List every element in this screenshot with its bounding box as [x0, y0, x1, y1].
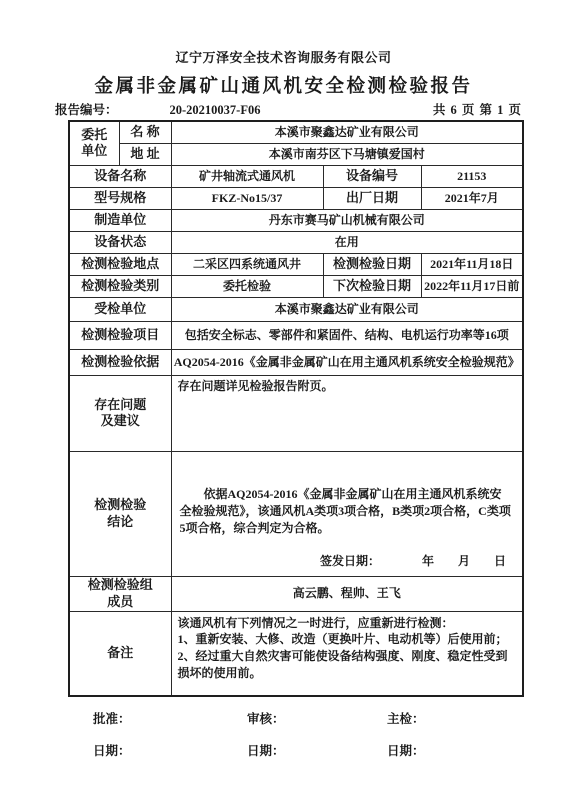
team-label: 检测检验组 成员: [69, 576, 171, 611]
table-row: 委托 单位 名 称 本溪市聚鑫达矿业有限公司: [69, 121, 523, 143]
inspect-date-label: 检测检验日期: [323, 253, 421, 275]
chief-date-label: 日期：: [387, 741, 567, 759]
table-row: 地 址 本溪市南芬区下马塘镇爱国村: [69, 143, 523, 165]
report-page: 辽宁万泽安全技术咨询服务有限公司 金属非金属矿山通风机安全检测检验报告 报告编号…: [0, 0, 567, 802]
table-row: 设备名称 矿井轴流式通风机 设备编号 21153: [69, 165, 523, 187]
inspected-unit-label: 受检单位: [69, 297, 171, 321]
status-value: 在用: [171, 231, 523, 253]
factory-date-label: 出厂日期: [323, 187, 421, 209]
team-value: 高云鹏、程帅、王飞: [171, 576, 523, 611]
inspection-form-table: 委托 单位 名 称 本溪市聚鑫达矿业有限公司 地 址 本溪市南芬区下马塘镇爱国村…: [68, 120, 524, 697]
client-unit-label: 委托 单位: [69, 121, 119, 165]
model-label: 型号规格: [69, 187, 171, 209]
items-value: 包括安全标志、零部件和紧固件、结构、电机运行功率等16项: [171, 321, 523, 349]
table-row: 型号规格 FKZ-No15/37 出厂日期 2021年7月: [69, 187, 523, 209]
table-row: 检测检验类别 委托检验 下次检验日期 2022年11月17日前: [69, 275, 523, 297]
review-date-label: 日期：: [247, 741, 387, 759]
problems-value: 存在问题详见检验报告附页。: [171, 375, 523, 451]
page-count: 共 6 页 第 1 页: [433, 100, 522, 118]
review-label: 审核：: [247, 709, 387, 727]
basis-label: 检测检验依据: [69, 349, 171, 375]
conclusion-cell: 依据AQ2054-2016《金属非金属矿山在用主通风机系统安全检验规范》，该通风…: [171, 451, 523, 576]
table-row: 检测检验项目 包括安全标志、零部件和紧固件、结构、电机运行功率等16项: [69, 321, 523, 349]
approve-label: 批准：: [93, 709, 247, 727]
table-row: 检测检验依据 AQ2054-2016《金属非金属矿山在用主通风机系统安全检验规范…: [69, 349, 523, 375]
date-row: 日期： 日期： 日期：: [93, 741, 567, 759]
inspect-date-value: 2021年11月18日: [421, 253, 523, 275]
table-row: 备注 该通风机有下列情况之一时进行，应重新进行检测： 1、重新安装、大修、改造（…: [69, 611, 523, 696]
inspected-unit-value: 本溪市聚鑫达矿业有限公司: [171, 297, 523, 321]
conclusion-text: 依据AQ2054-2016《金属非金属矿山在用主通风机系统安全检验规范》，该通风…: [172, 486, 523, 538]
client-name-label: 名 称: [119, 121, 171, 143]
signature-footer: 批准： 审核： 主检： 日期： 日期： 日期：: [93, 709, 567, 759]
manufacturer-value: 丹东市赛马矿山机械有限公司: [171, 209, 523, 231]
client-addr-value: 本溪市南芬区下马塘镇爱国村: [171, 143, 523, 165]
next-date-value: 2022年11月17日前: [421, 275, 523, 297]
device-no-label: 设备编号: [323, 165, 421, 187]
device-name-label: 设备名称: [69, 165, 171, 187]
table-row: 检测检验组 成员 高云鹏、程帅、王飞: [69, 576, 523, 611]
problems-label: 存在问题 及建议: [69, 375, 171, 451]
chief-label: 主检：: [387, 709, 567, 727]
model-value: FKZ-No15/37: [171, 187, 323, 209]
table-row: 检测检验地点 二采区四系统通风井 检测检验日期 2021年11月18日: [69, 253, 523, 275]
category-value: 委托检验: [171, 275, 323, 297]
items-label: 检测检验项目: [69, 321, 171, 349]
signer-row: 批准： 审核： 主检：: [93, 709, 567, 727]
page-title: 金属非金属矿山通风机安全检测检验报告: [0, 72, 567, 98]
client-addr-label: 地 址: [119, 143, 171, 165]
table-row: 设备状态 在用: [69, 231, 523, 253]
table-row: 制造单位 丹东市赛马矿山机械有限公司: [69, 209, 523, 231]
next-date-label: 下次检验日期: [323, 275, 421, 297]
basis-value: AQ2054-2016《金属非金属矿山在用主通风机系统安全检验规范》: [171, 349, 523, 375]
category-label: 检测检验类别: [69, 275, 171, 297]
factory-date-value: 2021年7月: [421, 187, 523, 209]
table-row: 受检单位 本溪市聚鑫达矿业有限公司: [69, 297, 523, 321]
status-label: 设备状态: [69, 231, 171, 253]
conclusion-label: 检测检验 结论: [69, 451, 171, 576]
table-row: 存在问题 及建议 存在问题详见检验报告附页。: [69, 375, 523, 451]
report-number-line: 报告编号： 20-20210037-F06 共 6 页 第 1 页: [55, 101, 522, 118]
report-no-label: 报告编号：: [55, 100, 118, 118]
sign-date-line: 签发日期： 年 月 日: [172, 554, 523, 569]
device-no-value: 21153: [421, 165, 523, 187]
client-name-value: 本溪市聚鑫达矿业有限公司: [171, 121, 523, 143]
approve-date-label: 日期：: [93, 741, 247, 759]
table-row: 检测检验 结论 依据AQ2054-2016《金属非金属矿山在用主通风机系统安全检…: [69, 451, 523, 576]
manufacturer-label: 制造单位: [69, 209, 171, 231]
remark-label: 备注: [69, 611, 171, 696]
remark-value: 该通风机有下列情况之一时进行，应重新进行检测： 1、重新安装、大修、改造（更换叶…: [171, 611, 523, 696]
company-name: 辽宁万泽安全技术咨询服务有限公司: [0, 0, 567, 66]
device-name-value: 矿井轴流式通风机: [171, 165, 323, 187]
location-value: 二采区四系统通风井: [171, 253, 323, 275]
location-label: 检测检验地点: [69, 253, 171, 275]
report-no-value: 20-20210037-F06: [170, 103, 261, 118]
